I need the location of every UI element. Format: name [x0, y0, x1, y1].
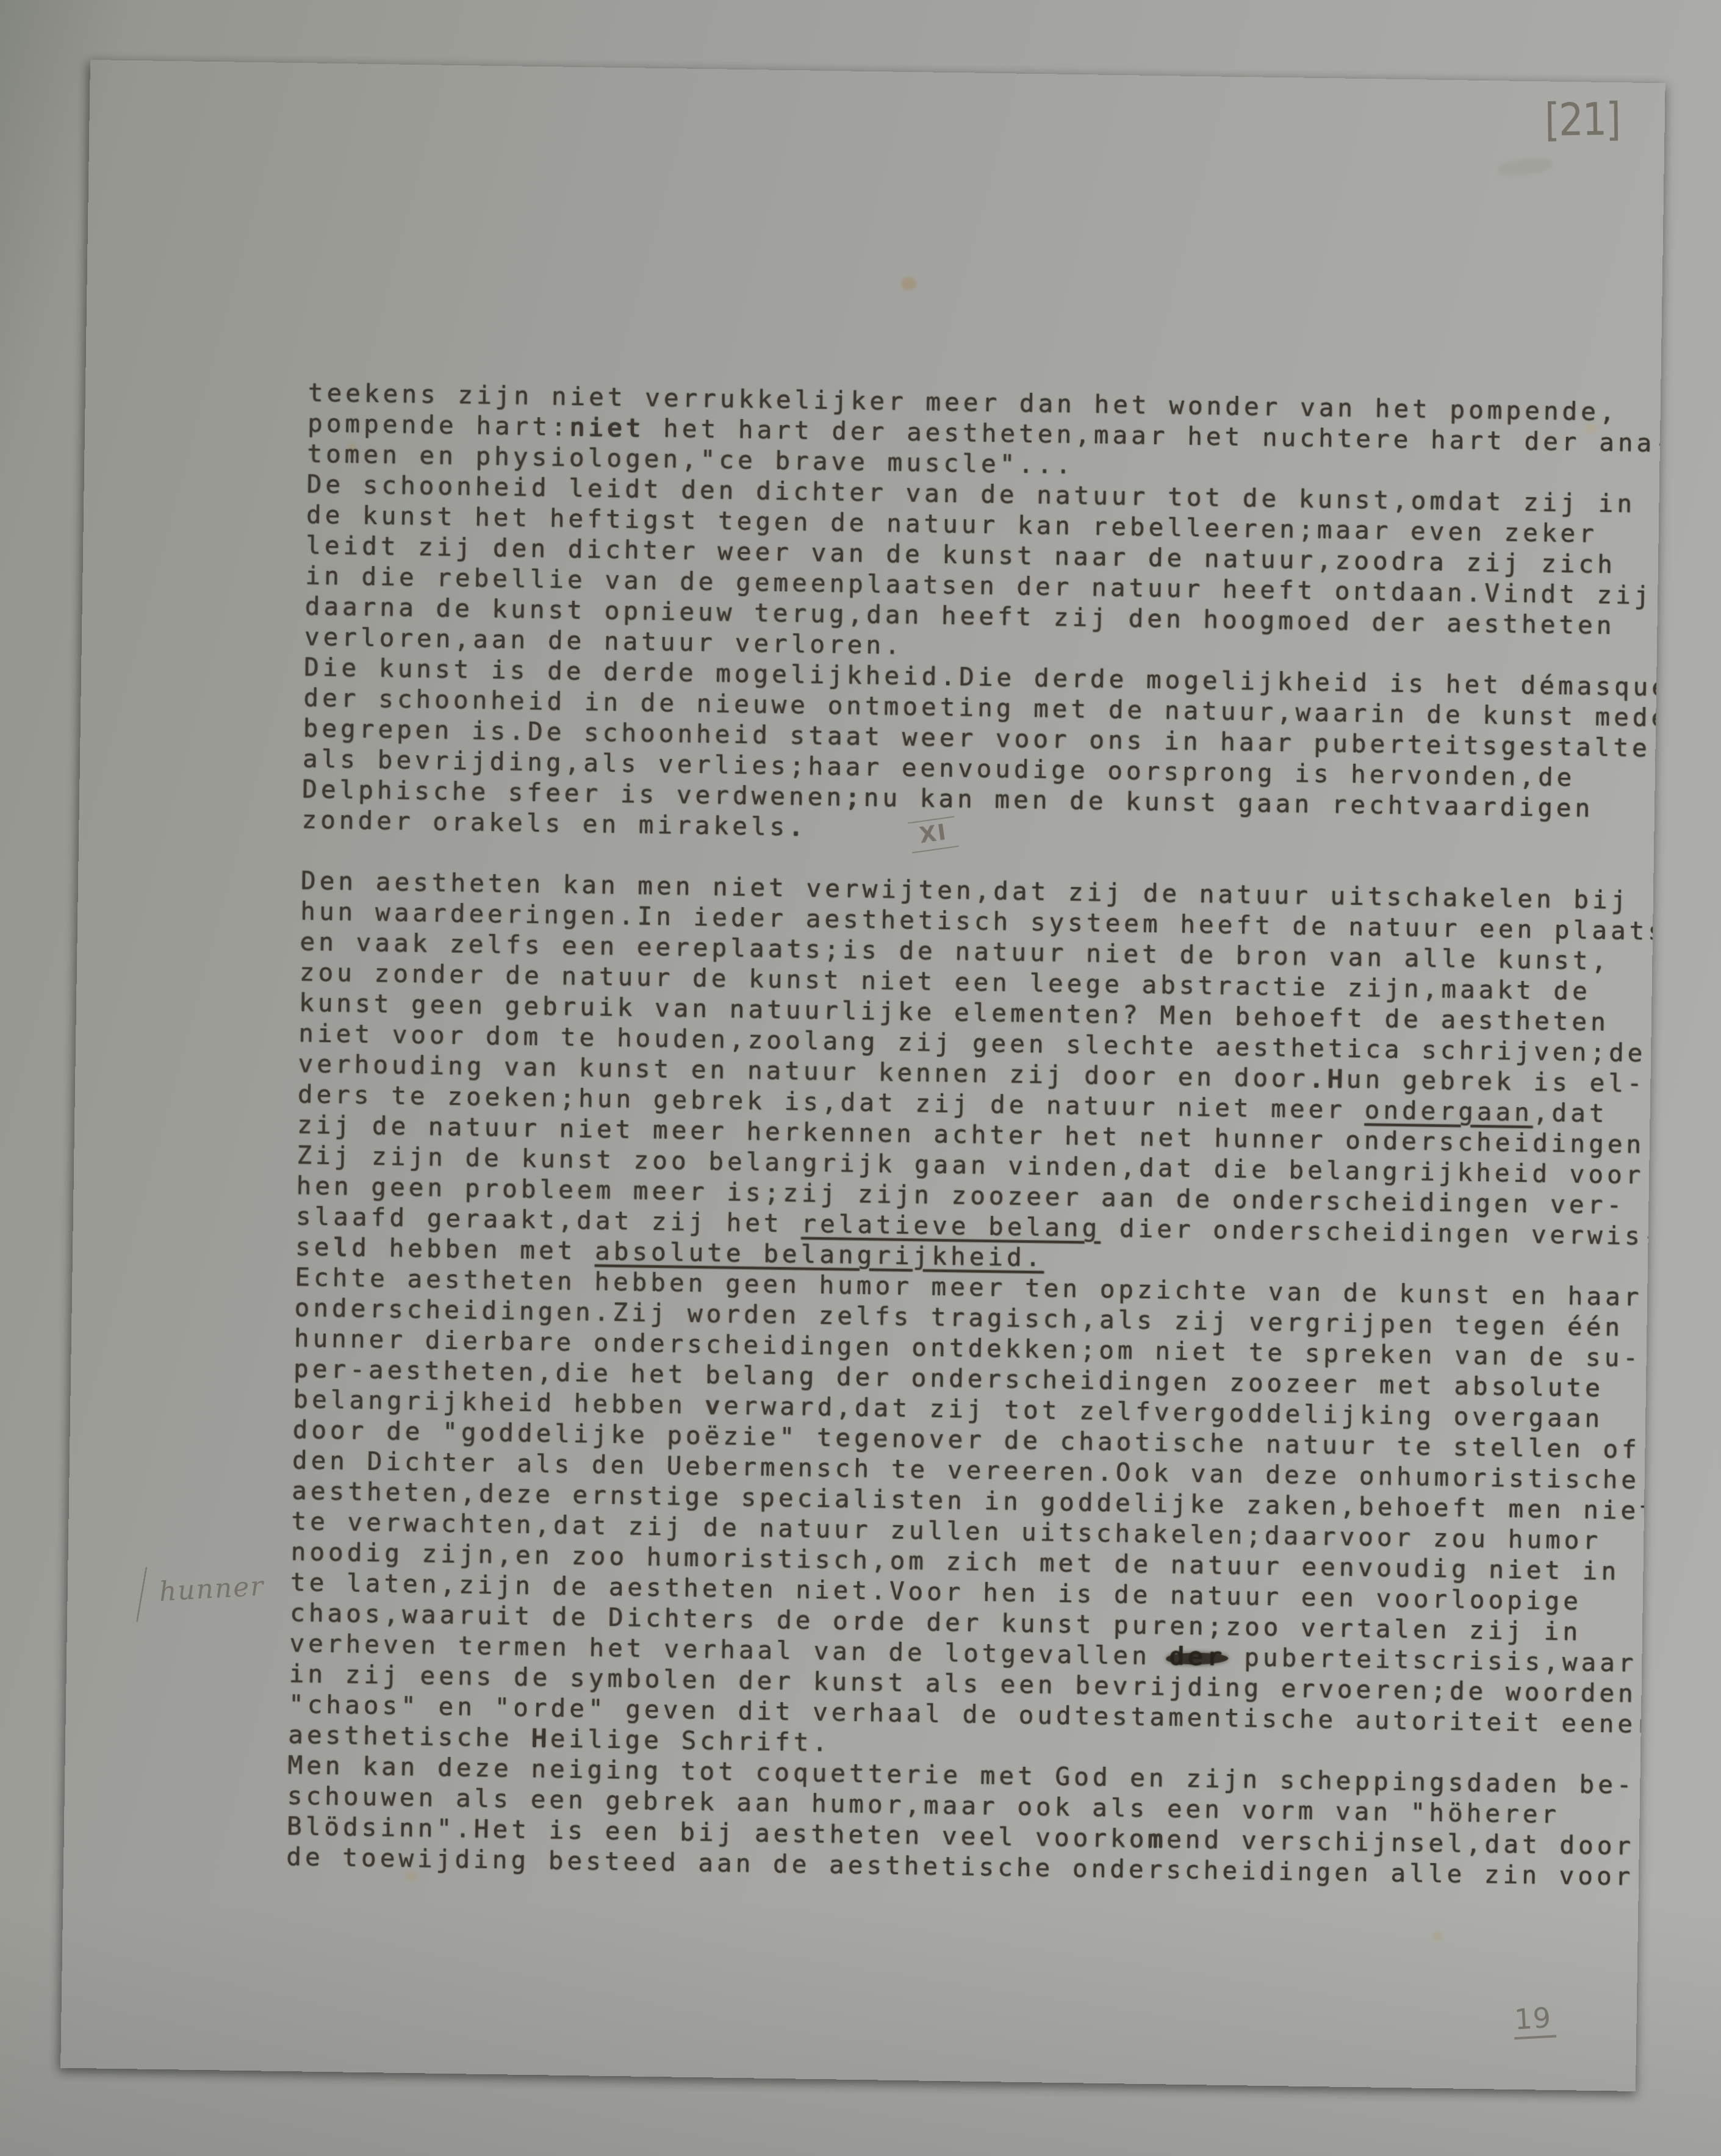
- paragraph: Den aestheten kan men niet verwijten,dat…: [288, 865, 1665, 1770]
- handwritten-margin-note: hunner: [159, 1571, 265, 1608]
- paragraph: De schoonheid leidt den dichter van de n…: [304, 469, 1665, 672]
- struck-out-word: der: [1169, 1642, 1226, 1672]
- overstruck-characters: v: [705, 1390, 724, 1420]
- overstruck-characters: l: [332, 1232, 351, 1262]
- overstruck-characters: niet: [569, 412, 644, 443]
- margin-note-slash-mark: [136, 1567, 148, 1622]
- overstruck-characters: .: [788, 812, 807, 841]
- scanned-typescript-photo: { "annotations": { "top_right_page_numbe…: [0, 0, 1721, 2156]
- typed-text-block: teekens zijn niet verrukkelijker meer da…: [286, 377, 1665, 1892]
- typescript-page: [21] XI hunner 19 teekens zijn niet verr…: [60, 60, 1665, 2091]
- paper-stain: [1432, 1931, 1443, 1941]
- typed-underlined-phrase: ondergaan: [1364, 1095, 1533, 1127]
- overstruck-characters: ;: [845, 782, 864, 811]
- paragraph: Die kunst is de derde mogelijkheid.Die d…: [301, 652, 1665, 855]
- overstruck-characters: .H: [1309, 1064, 1346, 1094]
- handwritten-page-number-top: [21]: [1544, 94, 1620, 146]
- overstruck-characters: m: [1148, 1824, 1166, 1853]
- typed-underlined-phrase: relatieve belang: [801, 1209, 1101, 1242]
- overstruck-characters: H: [531, 1723, 550, 1753]
- pencil-smudge: [1497, 156, 1554, 178]
- paragraph: Men kan deze neiging tot coquetterie met…: [286, 1750, 1665, 1892]
- paper-stain: [901, 277, 917, 290]
- handwritten-page-number-bottom: 19: [1512, 2001, 1556, 2040]
